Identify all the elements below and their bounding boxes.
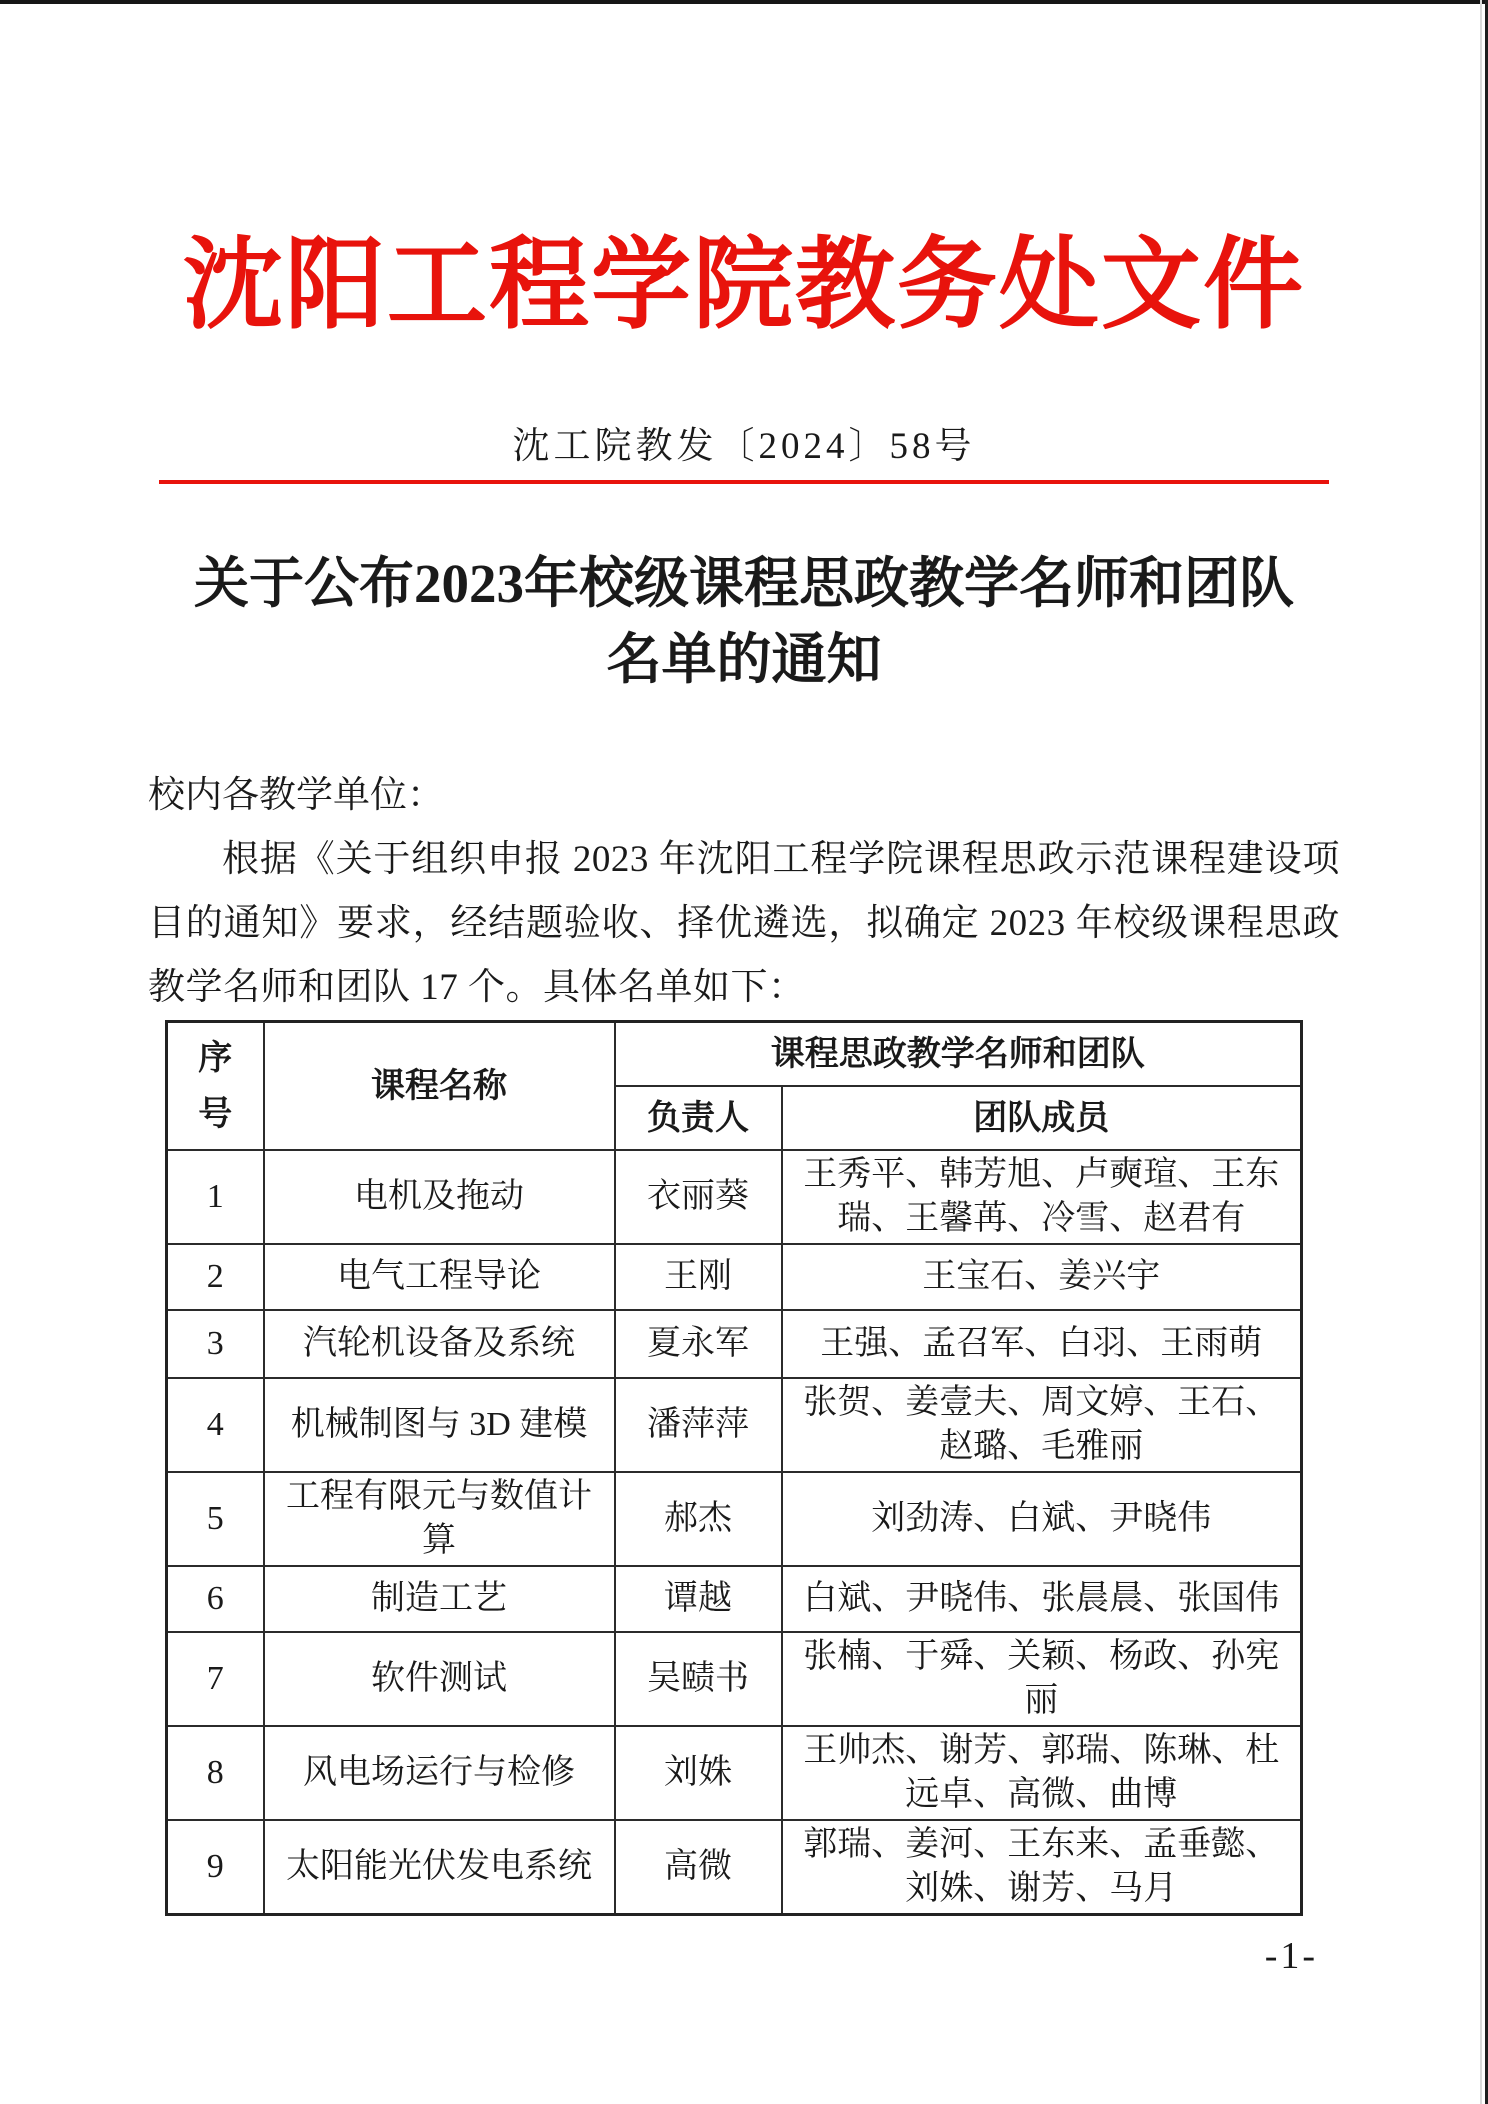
table-row: 1 电机及拖动 衣丽葵 王秀平、韩芳旭、卢奭瑄、王东瑞、王馨苒、冷雪、赵君有	[167, 1150, 1302, 1244]
header-course: 课程名称	[264, 1022, 615, 1150]
table-row: 7 软件测试 吴赜书 张楠、于舜、关颖、杨政、孙宪丽	[167, 1632, 1302, 1726]
row-leader: 高微	[615, 1820, 782, 1915]
table-row: 2 电气工程导论 王刚 王宝石、姜兴宇	[167, 1244, 1302, 1310]
table-row: 4 机械制图与 3D 建模 潘萍萍 张贺、姜壹夫、周文婷、王石、赵璐、毛雅丽	[167, 1378, 1302, 1472]
row-course: 电气工程导论	[264, 1244, 615, 1310]
row-course: 电机及拖动	[264, 1150, 615, 1244]
row-leader: 谭越	[615, 1566, 782, 1632]
row-index: 2	[167, 1244, 264, 1310]
letterhead-title: 沈阳工程学院教务处文件	[148, 230, 1340, 342]
row-members: 白斌、尹晓伟、张晨晨、张国伟	[782, 1566, 1302, 1632]
row-members: 张贺、姜壹夫、周文婷、王石、赵璐、毛雅丽	[782, 1378, 1302, 1472]
row-leader: 夏永军	[615, 1310, 782, 1378]
row-course: 工程有限元与数值计算	[264, 1472, 615, 1566]
row-leader: 郝杰	[615, 1472, 782, 1566]
row-leader: 刘姝	[615, 1726, 782, 1820]
notice-title: 关于公布2023年校级课程思政教学名师和团队名单的通知	[148, 546, 1340, 698]
awards-table: 序号 课程名称 课程思政教学名师和团队 负责人 团队成员 1 电机及拖动 衣丽葵…	[165, 1020, 1303, 1916]
row-course: 软件测试	[264, 1632, 615, 1726]
row-leader: 王刚	[615, 1244, 782, 1310]
row-members: 王宝石、姜兴宇	[782, 1244, 1302, 1310]
row-index: 6	[167, 1566, 264, 1632]
body-paragraph: 根据《关于组织申报 2023 年沈阳工程学院课程思政示范课程建设项目的通知》要求…	[148, 828, 1340, 1020]
table-row: 3 汽轮机设备及系统 夏永军 王强、孟召军、白羽、王雨萌	[167, 1310, 1302, 1378]
row-leader: 潘萍萍	[615, 1378, 782, 1472]
notice-title-line2: 名单的通知	[606, 629, 881, 690]
row-index: 1	[167, 1150, 264, 1244]
row-course: 制造工艺	[264, 1566, 615, 1632]
row-members: 张楠、于舜、关颖、杨政、孙宪丽	[782, 1632, 1302, 1726]
row-course: 风电场运行与检修	[264, 1726, 615, 1820]
header-group: 课程思政教学名师和团队	[615, 1022, 1302, 1086]
row-index: 9	[167, 1820, 264, 1915]
row-index: 3	[167, 1310, 264, 1378]
header-index-label: 序号	[195, 1030, 235, 1142]
table-header-row-1: 序号 课程名称 课程思政教学名师和团队	[167, 1022, 1302, 1086]
row-course: 机械制图与 3D 建模	[264, 1378, 615, 1472]
row-leader: 吴赜书	[615, 1632, 782, 1726]
notice-title-line1: 关于公布2023年校级课程思政教学名师和团队	[194, 553, 1294, 614]
row-leader: 衣丽葵	[615, 1150, 782, 1244]
row-members: 王帅杰、谢芳、郭瑞、陈琳、杜远卓、高微、曲博	[782, 1726, 1302, 1820]
page-number: -1-	[1265, 1934, 1318, 1978]
row-course: 汽轮机设备及系统	[264, 1310, 615, 1378]
header-members: 团队成员	[782, 1086, 1302, 1150]
header-index: 序号	[167, 1022, 264, 1150]
document-page: 沈阳工程学院教务处文件 沈工院教发〔2024〕58号 关于公布2023年校级课程…	[0, 230, 1488, 1916]
row-members: 郭瑞、姜河、王东来、孟垂懿、刘姝、谢芳、马月	[782, 1820, 1302, 1915]
table-row: 6 制造工艺 谭越 白斌、尹晓伟、张晨晨、张国伟	[167, 1566, 1302, 1632]
header-leader: 负责人	[615, 1086, 782, 1150]
red-separator-line	[159, 480, 1329, 484]
table-row: 9 太阳能光伏发电系统 高微 郭瑞、姜河、王东来、孟垂懿、刘姝、谢芳、马月	[167, 1820, 1302, 1915]
row-index: 8	[167, 1726, 264, 1820]
row-course: 太阳能光伏发电系统	[264, 1820, 615, 1915]
row-index: 5	[167, 1472, 264, 1566]
row-members: 王秀平、韩芳旭、卢奭瑄、王东瑞、王馨苒、冷雪、赵君有	[782, 1150, 1302, 1244]
scan-top-edge	[0, 0, 1488, 4]
table-row: 5 工程有限元与数值计算 郝杰 刘劲涛、白斌、尹晓伟	[167, 1472, 1302, 1566]
salutation: 校内各教学单位：	[148, 764, 1340, 828]
row-index: 7	[167, 1632, 264, 1726]
table-row: 8 风电场运行与检修 刘姝 王帅杰、谢芳、郭瑞、陈琳、杜远卓、高微、曲博	[167, 1726, 1302, 1820]
row-members: 王强、孟召军、白羽、王雨萌	[782, 1310, 1302, 1378]
document-number: 沈工院教发〔2024〕58号	[148, 424, 1340, 470]
row-members: 刘劲涛、白斌、尹晓伟	[782, 1472, 1302, 1566]
row-index: 4	[167, 1378, 264, 1472]
